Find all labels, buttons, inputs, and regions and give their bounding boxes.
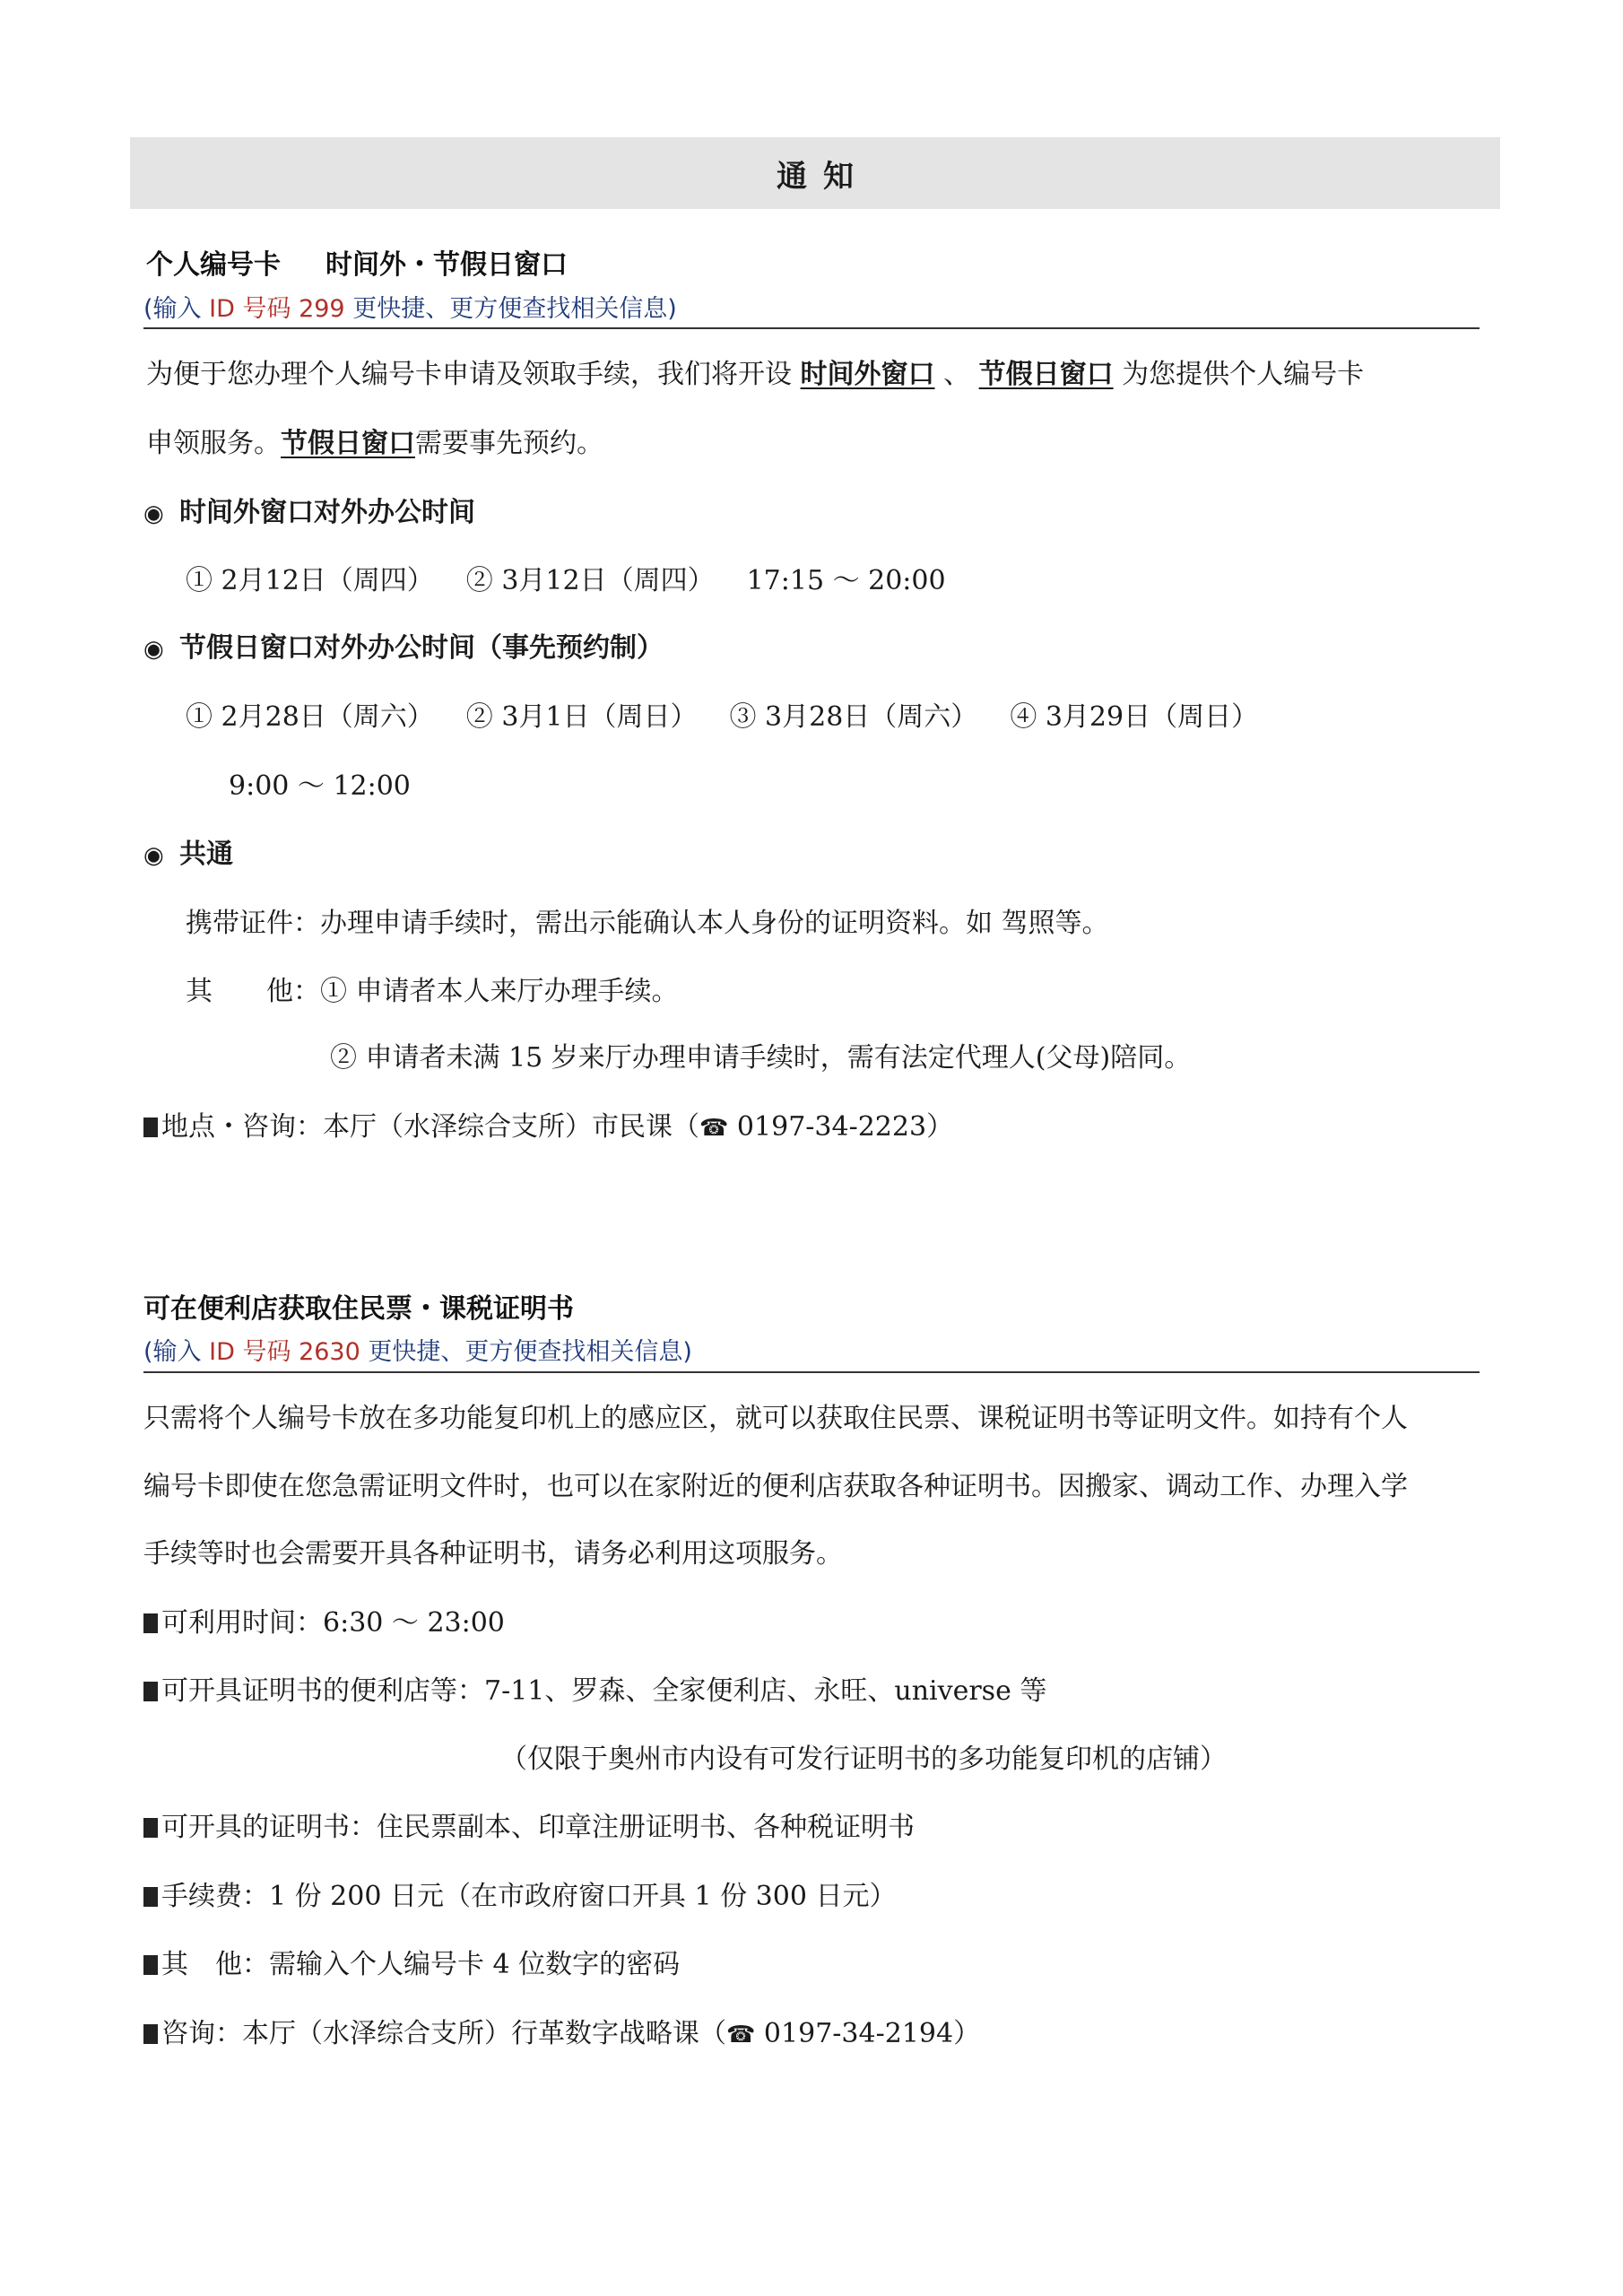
date-item: ① 2月28日（周六）: [186, 701, 434, 733]
intro-text: 需要事先预约。: [415, 428, 603, 459]
afterhours-dates: ① 2月12日（周四）② 3月12日（周四）17:15 ～ 20:00: [186, 563, 946, 599]
value: 6:30 ～ 23:00: [323, 1607, 505, 1639]
heading-text: 节假日窗口对外办公时间（事先预约制）: [179, 632, 664, 664]
common-other-2: ② 申请者未满 15 岁来厅办理申请手续时，需有法定代理人(父母)陪同。: [330, 1040, 1191, 1076]
fisheye-bullet-icon: ◉: [143, 838, 179, 874]
contact-label: 地点・咨询：本厅（水泽综合支所）市民课（: [161, 1111, 699, 1143]
holiday-heading: ◉节假日窗口对外办公时间（事先预约制）: [143, 631, 664, 667]
holiday-dates: ① 2月28日（周六）② 3月1日（周日）③ 3月28日（周六）④ 3月29日（…: [186, 700, 1258, 735]
square-bullet-icon: [143, 1613, 158, 1633]
value: ① 申请者本人来厅办理手续。: [320, 976, 679, 1007]
phone-icon: ☎: [699, 1115, 728, 1142]
afterhours-window-link: 时间外窗口: [801, 359, 935, 390]
id-label: ID 号码: [209, 1338, 291, 1366]
section2-divider: [143, 1371, 1480, 1373]
square-bullet-icon: [143, 1887, 158, 1907]
holiday-window-link: 节假日窗口: [281, 428, 415, 459]
date-item: ② 3月1日（周日）: [466, 701, 698, 733]
section2-contact: 咨询：本厅（水泽综合支所）行革数字战略课（☎ 0197-34-2194）: [143, 2016, 980, 2053]
label: 携带证件：: [186, 908, 320, 939]
square-bullet-icon: [143, 2024, 158, 2044]
intro-text: 申领服务。: [146, 428, 281, 459]
label: 可开具证明书的便利店等：: [161, 1675, 484, 1707]
intro-text: 为您提供个人编号卡: [1114, 359, 1365, 390]
time-range: 17:15 ～ 20:00: [747, 565, 946, 596]
section1-title-a: 个人编号卡: [146, 249, 281, 281]
value: 7-11、罗森、全家便利店、永旺、universe 等: [484, 1675, 1046, 1707]
heading-text: 共通: [179, 839, 233, 870]
phone-number: 0197-34-2194）: [755, 2018, 980, 2049]
section2-stores-note: （仅限于奥州市内设有可发行证明书的多功能复印机的店铺）: [500, 1742, 1227, 1778]
label: 其 他：: [161, 1949, 269, 1980]
common-other-1: 其 他：① 申请者本人来厅办理手续。: [186, 974, 679, 1010]
square-bullet-icon: [143, 1955, 158, 1975]
intro-sep: 、: [935, 359, 979, 390]
section2-subtitle: (输入 ID 号码 2630 更快捷、更方便查找相关信息): [143, 1336, 692, 1369]
section1-intro-line2: 申领服务。节假日窗口需要事先预约。: [146, 426, 603, 462]
section1-title-b: 时间外・节假日窗口: [325, 249, 568, 281]
fisheye-bullet-icon: ◉: [143, 631, 179, 667]
section2-intro-line: 只需将个人编号卡放在多功能复印机上的感应区，就可以获取住民票、课税证明书等证明文…: [143, 1401, 1408, 1437]
notice-banner: 通知: [130, 137, 1500, 209]
value: 1 份 200 日元（在市政府窗口开具 1 份 300 日元）: [269, 1881, 896, 1912]
label: 可利用时间：: [161, 1607, 323, 1639]
label: 手续费：: [161, 1881, 269, 1912]
square-bullet-icon: [143, 1118, 158, 1137]
holiday-window-link: 节假日窗口: [979, 359, 1114, 390]
date-item: ③ 3月28日（周六）: [730, 701, 978, 733]
afterhours-heading: ◉时间外窗口对外办公时间: [143, 495, 475, 532]
date-item: ④ 3月29日（周日）: [1010, 701, 1258, 733]
section2-intro-line: 编号卡即使在您急需证明文件时，也可以在家附近的便利店获取各种证明书。因搬家、调动…: [143, 1469, 1408, 1505]
section2-title: 可在便利店获取住民票・课税证明书: [143, 1291, 574, 1327]
date-item: ② 3月12日（周四）: [466, 565, 715, 596]
id-value: 299: [299, 295, 345, 323]
fisheye-bullet-icon: ◉: [143, 496, 179, 532]
common-documents: 携带证件：办理申请手续时，需出示能确认本人身份的证明资料。如 驾照等。: [186, 906, 1109, 942]
square-bullet-icon: [143, 1818, 158, 1838]
square-bullet-icon: [143, 1682, 158, 1701]
notice-title: 通知: [777, 152, 870, 196]
id-value: 2630: [299, 1338, 360, 1366]
section2-item-stores: 可开具证明书的便利店等：7-11、罗森、全家便利店、永旺、universe 等: [143, 1674, 1046, 1709]
subtitle-suffix: 更快捷、更方便查找相关信息): [352, 295, 677, 323]
subtitle-prefix: (输入: [143, 1338, 202, 1366]
value: 需输入个人编号卡 4 位数字的密码: [269, 1949, 680, 1980]
phone-number: 0197-34-2223）: [728, 1111, 953, 1143]
section2-item-other: 其 他：需输入个人编号卡 4 位数字的密码: [143, 1947, 680, 1983]
section1-contact: 地点・咨询：本厅（水泽综合支所）市民课（☎ 0197-34-2223）: [143, 1109, 953, 1146]
phone-icon: ☎: [726, 2022, 755, 2048]
date-item: ① 2月12日（周四）: [186, 565, 434, 596]
holiday-time: 9:00 ～ 12:00: [229, 769, 411, 804]
heading-text: 时间外窗口对外办公时间: [179, 497, 475, 528]
value: 办理申请手续时，需出示能确认本人身份的证明资料。如 驾照等。: [320, 908, 1109, 939]
section2-item-hours: 可利用时间：6:30 ～ 23:00: [143, 1605, 505, 1641]
section2-item-fee: 手续费：1 份 200 日元（在市政府窗口开具 1 份 300 日元）: [143, 1879, 896, 1915]
subtitle-suffix: 更快捷、更方便查找相关信息): [368, 1338, 692, 1366]
section1-subtitle: (输入 ID 号码 299 更快捷、更方便查找相关信息): [143, 293, 677, 326]
section1-intro-line1: 为便于您办理个人编号卡申请及领取手续，我们将开设 时间外窗口 、 节假日窗口 为…: [146, 357, 1364, 393]
section2-intro-line: 手续等时也会需要开具各种证明书，请务必利用这项服务。: [143, 1536, 843, 1572]
intro-text: 为便于您办理个人编号卡申请及领取手续，我们将开设: [146, 359, 801, 390]
section1-title: 个人编号卡时间外・节假日窗口: [146, 248, 568, 283]
label: 可开具的证明书：: [161, 1812, 377, 1843]
common-heading: ◉共通: [143, 837, 233, 874]
section2-item-certificates: 可开具的证明书：住民票副本、印章注册证明书、各种税证明书: [143, 1810, 915, 1846]
label: 其 他：: [186, 976, 320, 1007]
contact-label: 咨询：本厅（水泽综合支所）行革数字战略课（: [161, 2018, 726, 2049]
id-label: ID 号码: [209, 295, 291, 323]
section1-divider: [143, 327, 1480, 329]
value: 住民票副本、印章注册证明书、各种税证明书: [377, 1812, 915, 1843]
subtitle-prefix: (输入: [143, 295, 202, 323]
